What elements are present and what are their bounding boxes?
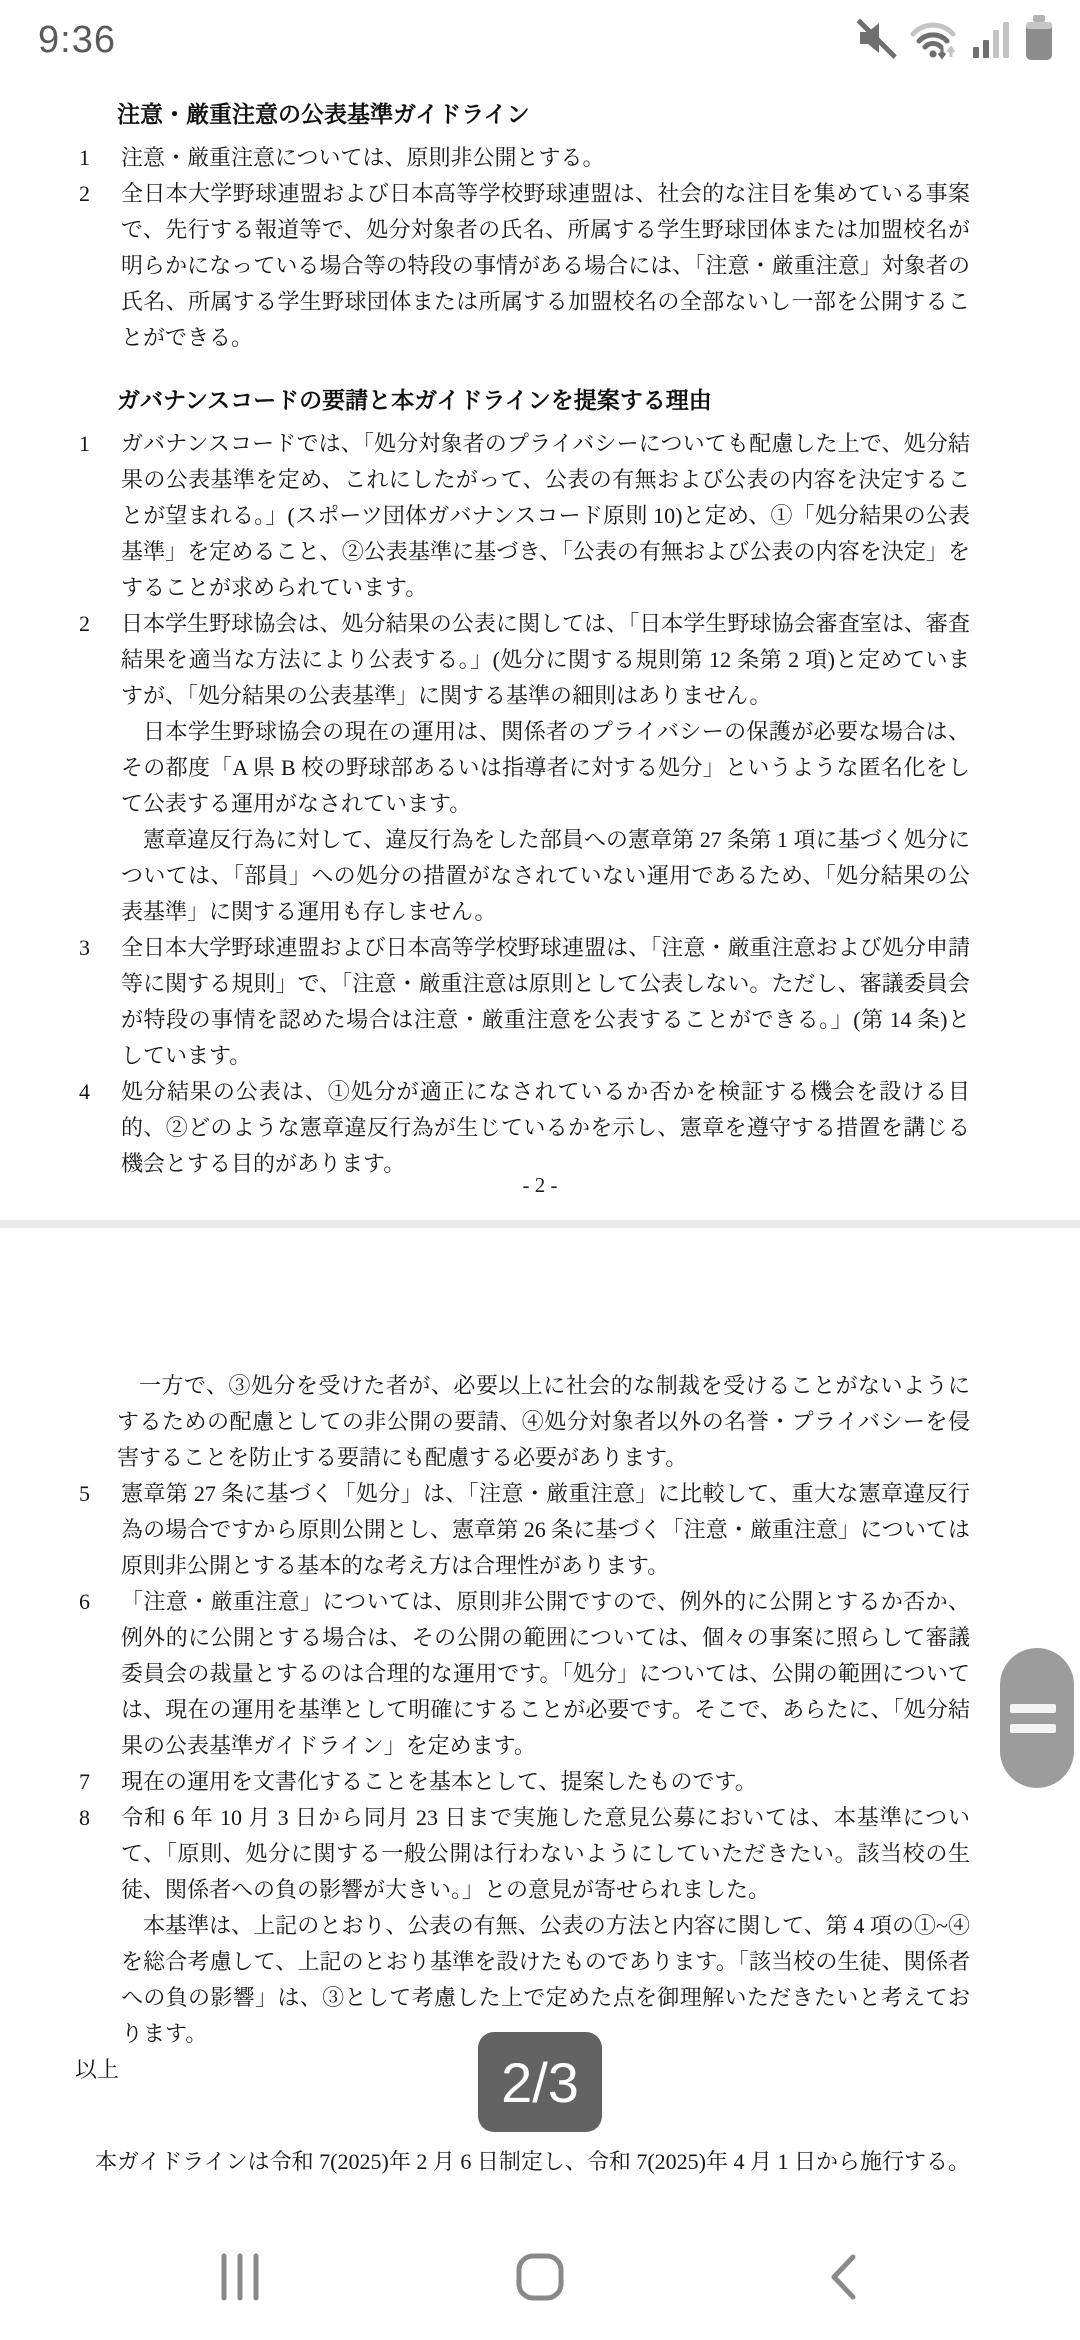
mute-icon [854,16,898,65]
pdf-page-3: 一方で、③処分を受けた者が、必要以上に社会的な制裁を受けることがないようにするた… [0,1228,1080,2340]
section-title-governance-reason: ガバナンスコードの要請と本ガイドラインを提案する理由 [117,382,970,418]
item-text: 注意・厳重注意については、原則非公開とする。 [121,140,970,176]
page-indicator-badge: 2/3 [478,2032,602,2132]
page-indicator-text: 2/3 [501,2050,579,2115]
item-paragraph: 憲章違反行為に対して、違反行為をした部員への憲章第 27 条第 1 項に基づく処… [121,822,970,930]
item-number: 1 [75,140,121,176]
scroll-handle-grip-line [1010,1724,1056,1733]
item-text: 「注意・厳重注意」については、原則非公開ですので、例外的に公開とするか否か、例外… [121,1584,970,1764]
item-number: 5 [75,1476,121,1584]
status-bar: 9:36 [0,0,1080,80]
enactment-line: 本ガイドラインは令和 7(2025)年 2 月 6 日制定し、令和 7(2025… [95,2144,970,2180]
pdf-page-2: 注意・厳重注意の公表基準ガイドライン 1 注意・厳重注意については、原則非公開と… [0,80,1080,1220]
item-text: 現在の運用を文書化することを基本として、提案したものです。 [121,1764,970,1800]
recents-button[interactable] [192,2229,288,2325]
item-number: 3 [75,930,121,1074]
item-number: 4 [75,1074,121,1182]
status-time: 9:36 [38,19,116,62]
list-item: 4 処分結果の公表は、①処分が適正になされているか否かを検証する機会を設ける目的… [75,1074,970,1182]
scroll-handle-grip-line [1010,1704,1056,1713]
item-paragraph: 本基準は、上記のとおり、公表の有無、公表の方法と内容に関して、第 4 項の①~④… [121,1908,970,2052]
item-text: 全日本大学野球連盟および日本高等学校野球連盟は、「注意・厳重注意および処分申請等… [121,930,970,1074]
item-number: 2 [75,176,121,356]
back-icon [820,2251,872,2303]
item-number: 2 [75,606,121,930]
android-nav-bar [0,2214,1080,2340]
item-number: 8 [75,1800,121,2052]
status-icons [854,14,1054,67]
item-text: ガバナンスコードでは、「処分対象者のプライバシーについても配慮した上で、処分結果… [121,426,970,606]
home-icon [514,2251,566,2303]
list-item: 5 憲章第 27 条に基づく「処分」は、「注意・厳重注意」に比較して、重大な憲章… [75,1476,970,1584]
item-text: 憲章第 27 条に基づく「処分」は、「注意・厳重注意」に比較して、重大な憲章違反… [121,1476,970,1584]
item-number: 6 [75,1584,121,1764]
list-item: 2 日本学生野球協会は、処分結果の公表に関しては、「日本学生野球協会審査室は、審… [75,606,970,930]
list-item: 1 ガバナンスコードでは、「処分対象者のプライバシーについても配慮した上で、処分… [75,426,970,606]
item-text: 令和 6 年 10 月 3 日から同月 23 日まで実施した意見公募においては、… [121,1800,970,1908]
item-paragraph: 日本学生野球協会の現在の運用は、関係者のプライバシーの保護が必要な場合は、その都… [121,714,970,822]
recents-icon [214,2251,266,2303]
pdf-viewer[interactable]: 注意・厳重注意の公表基準ガイドライン 1 注意・厳重注意については、原則非公開と… [0,80,1080,2340]
signal-strength-icon [972,16,1012,65]
fast-scroll-handle[interactable] [1000,1648,1074,1788]
section-title-publication-standards: 注意・厳重注意の公表基準ガイドライン [117,96,970,132]
home-button[interactable] [492,2229,588,2325]
item-number: 1 [75,426,121,606]
list-item: 6 「注意・厳重注意」については、原則非公開ですので、例外的に公開とするか否か、… [75,1584,970,1764]
list-item: 2 全日本大学野球連盟および日本高等学校野球連盟は、社会的な注目を集めている事案… [75,176,970,356]
item-text: 日本学生野球協会は、処分結果の公表に関しては、「日本学生野球協会審査室は、審査結… [121,606,970,714]
item-text: 全日本大学野球連盟および日本高等学校野球連盟は、社会的な注目を集めている事案で、… [121,176,970,356]
battery-icon [1024,14,1054,67]
list-item: 7 現在の運用を文書化することを基本として、提案したものです。 [75,1764,970,1800]
list-item: 8 令和 6 年 10 月 3 日から同月 23 日まで実施した意見公募において… [75,1800,970,2052]
list-item: 3 全日本大学野球連盟および日本高等学校野球連盟は、「注意・厳重注意および処分申… [75,930,970,1074]
page-number: - 2 - [0,1173,1080,1198]
lead-paragraph: 一方で、③処分を受けた者が、必要以上に社会的な制裁を受けることがないようにするた… [117,1368,970,1476]
wifi-icon [910,16,960,65]
back-button[interactable] [798,2229,894,2325]
item-number: 7 [75,1764,121,1800]
item-text: 処分結果の公表は、①処分が適正になされているか否かを検証する機会を設ける目的、②… [121,1074,970,1182]
list-item: 1 注意・厳重注意については、原則非公開とする。 [75,140,970,176]
page-divider [0,1220,1080,1228]
